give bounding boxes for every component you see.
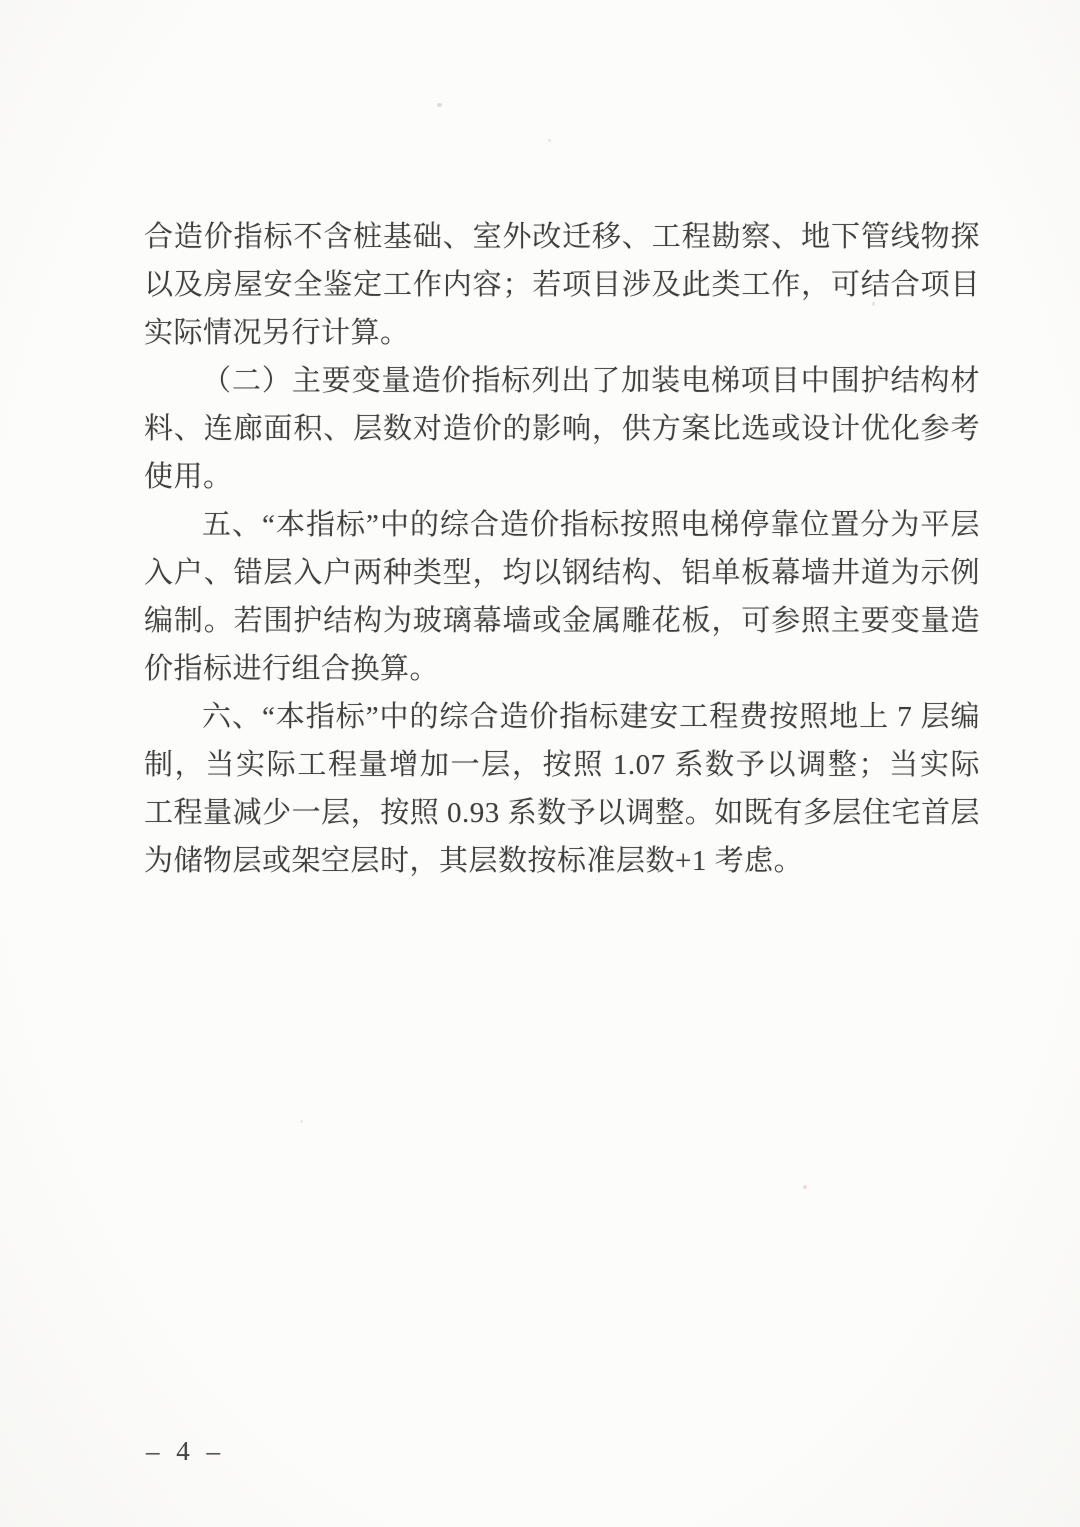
page-number: – 4 –	[146, 1436, 225, 1467]
document-page: 合造价指标不含桩基础、室外改迁移、工程勘察、地下管线物探 以及房屋安全鉴定工作内…	[0, 0, 1080, 1527]
text-line: 五、“本指标”中的综合造价指标按照电梯停靠位置分为平层	[144, 501, 980, 549]
text-line: 制，当实际工程量增加一层，按照 1.07 系数予以调整；当实际	[144, 741, 980, 789]
text-line: 实际情况另行计算。	[144, 309, 980, 357]
paragraph-item-5: 五、“本指标”中的综合造价指标按照电梯停靠位置分为平层 入户、错层入户两种类型，…	[144, 501, 980, 693]
paragraph-item-6: 六、“本指标”中的综合造价指标建安工程费按照地上 7 层编 制，当实际工程量增加…	[144, 693, 980, 885]
text-line: 工程量减少一层，按照 0.93 系数予以调整。如既有多层住宅首层	[144, 789, 980, 837]
scan-speck	[437, 103, 442, 107]
scan-speck	[803, 1185, 807, 1189]
text-line: 编制。若围护结构为玻璃幕墙或金属雕花板，可参照主要变量造	[144, 597, 980, 645]
text-line: 为储物层或架空层时，其层数按标准层数+1 考虑。	[144, 837, 980, 885]
paragraph-item-2: （二）主要变量造价指标列出了加装电梯项目中围护结构材 料、连廊面积、层数对造价的…	[144, 357, 980, 501]
paragraph-continuation: 合造价指标不含桩基础、室外改迁移、工程勘察、地下管线物探 以及房屋安全鉴定工作内…	[144, 213, 980, 357]
text-line: 价指标进行组合换算。	[144, 645, 980, 693]
page-body: 合造价指标不含桩基础、室外改迁移、工程勘察、地下管线物探 以及房屋安全鉴定工作内…	[144, 213, 980, 885]
text-line: 合造价指标不含桩基础、室外改迁移、工程勘察、地下管线物探	[144, 213, 980, 261]
scan-speck	[548, 139, 551, 142]
text-line: 六、“本指标”中的综合造价指标建安工程费按照地上 7 层编	[144, 693, 980, 741]
text-line: 料、连廊面积、层数对造价的影响，供方案比选或设计优化参考	[144, 405, 980, 453]
text-line: （二）主要变量造价指标列出了加装电梯项目中围护结构材	[144, 357, 980, 405]
text-line: 以及房屋安全鉴定工作内容；若项目涉及此类工作，可结合项目	[144, 261, 980, 309]
scan-speck	[300, 1120, 303, 1123]
text-line: 使用。	[144, 453, 980, 501]
text-line: 入户、错层入户两种类型，均以钢结构、铝单板幕墙井道为示例	[144, 549, 980, 597]
